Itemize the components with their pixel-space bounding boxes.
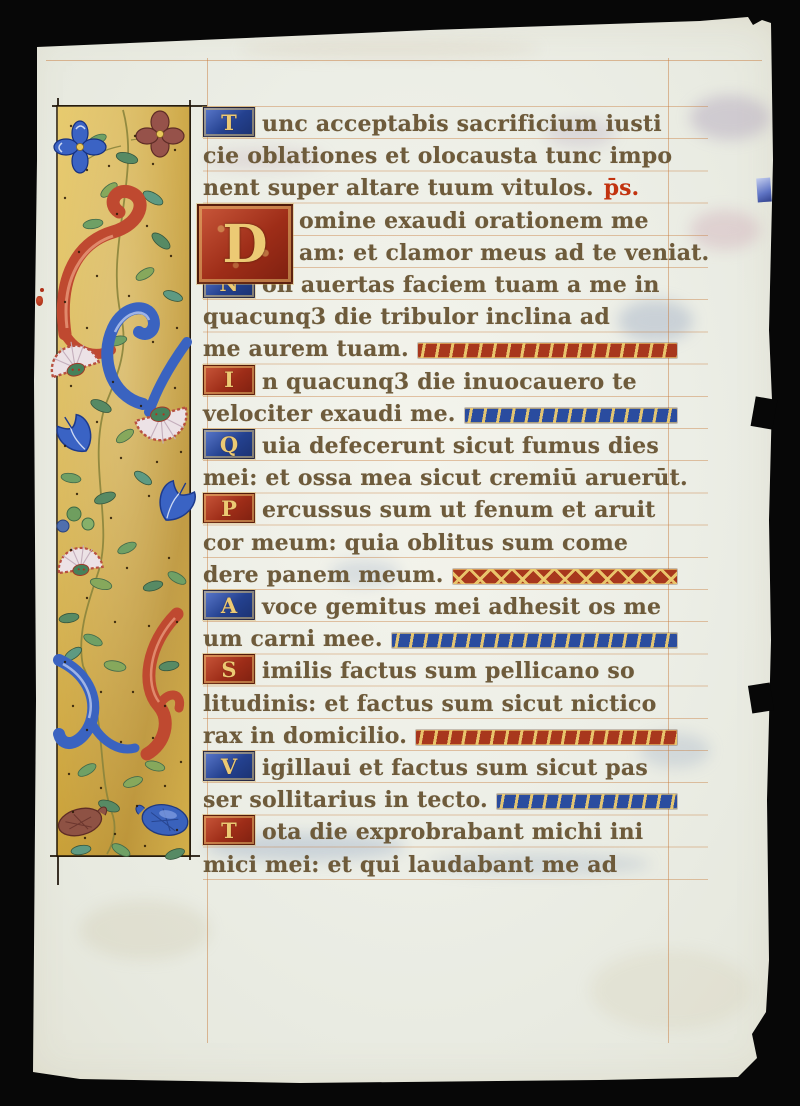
text-line: A voce gemitus mei adhesit os me [203, 589, 677, 621]
red-paint-drop [36, 296, 43, 306]
illuminated-initial: V [203, 751, 255, 781]
text-line: quacunq3 die tribulor inclina ad [203, 299, 677, 331]
line-filler [418, 343, 677, 358]
line-text: um carni mee. [203, 628, 383, 650]
line-text: omine exaudi orationem me [299, 210, 649, 232]
line-text: imilis factus sum pellicano so [262, 660, 635, 682]
text-line: me aurem tuam. [203, 331, 677, 363]
line-text: dere panem meum. [203, 564, 444, 586]
line-filler [465, 408, 677, 423]
illuminated-border-panel [57, 106, 190, 856]
line-text: on auertas faciem tuam a me in [262, 274, 660, 296]
line-filler [497, 794, 677, 809]
line-text: unc acceptabis sacrificium iusti [262, 113, 662, 135]
line-text: me aurem tuam. [203, 338, 409, 360]
line-text: mici mei: et qui laudabant me ad [203, 854, 617, 876]
line-text: litudinis: et factus sum sicut nictico [203, 693, 656, 715]
ruling-top-line [46, 60, 762, 61]
text-line: P ercussus sum ut fenum et aruit [203, 492, 677, 524]
parchment-stain [590, 950, 750, 1030]
line-text: n quacunq3 die inuocauero te [262, 371, 637, 393]
parchment-leaf: T unc acceptabis sacrificium iusti cie o… [0, 0, 800, 1106]
text-line: T unc acceptabis sacrificium iusti [203, 106, 677, 138]
illuminated-initial: T [203, 107, 255, 137]
illuminated-initial: Q [203, 429, 255, 459]
illuminated-initial: T [203, 815, 255, 845]
line-text: voce gemitus mei adhesit os me [262, 596, 661, 618]
text-line: cie oblationes et olocausta tunc impo [203, 138, 677, 170]
text-line: mici mei: et qui laudabant me ad [203, 847, 677, 879]
line-filler [453, 569, 677, 584]
text-line: dere panem meum. [203, 557, 677, 589]
text-line: V igillaui et factus sum sicut pas [203, 750, 677, 782]
illuminated-initial: I [203, 365, 255, 395]
line-text: igillaui et factus sum sicut pas [262, 757, 648, 779]
line-text: nent super altare tuum vitulos. [203, 177, 594, 199]
text-line: um carni mee. [203, 621, 677, 653]
text-line: nent super altare tuum vitulos. p̄s. [203, 170, 677, 202]
text-line: ser sollitarius in tecto. [203, 782, 677, 814]
text-line: T ota die exprobrabant michi ini [203, 814, 677, 846]
illuminated-initial: P [203, 493, 255, 523]
line-filler [416, 730, 677, 745]
line-text: rax in domicilio. [203, 725, 407, 747]
border-art [57, 106, 190, 856]
binding-tab [756, 178, 772, 203]
line-text: velociter exaudi me. [203, 403, 456, 425]
text-line: rax in domicilio. [203, 718, 677, 750]
parchment-stain [240, 40, 540, 58]
illuminated-initial: A [203, 590, 255, 620]
line-text: ota die exprobrabant michi ini [262, 821, 643, 843]
parchment-stain [80, 900, 210, 960]
line-text: uia defecerunt sicut fumus dies [262, 435, 659, 457]
text-line: Q uia defecerunt sicut fumus dies [203, 428, 677, 460]
line-filler [392, 633, 677, 648]
line-text: mei: et ossa mea sicut cremiū aruerūt. [203, 467, 688, 489]
text-line: S imilis factus sum pellicano so [203, 653, 677, 685]
line-text: ercussus sum ut fenum et aruit [262, 499, 656, 521]
line-text: am: et clamor meus ad te veniat. [299, 242, 709, 264]
line-text: cor meum: quia oblitus sum come [203, 532, 628, 554]
text-line: I n quacunq3 die inuocauero te [203, 364, 677, 396]
line-text: ser sollitarius in tecto. [203, 789, 488, 811]
manuscript-photo: T unc acceptabis sacrificium iusti cie o… [0, 0, 800, 1106]
red-paint-drop [40, 288, 44, 292]
text-line: velociter exaudi me. [203, 396, 677, 428]
text-line: mei: et ossa mea sicut cremiū aruerūt. [203, 460, 677, 492]
line-text: cie oblationes et olocausta tunc impo [203, 145, 672, 167]
page-edge-notch [751, 396, 778, 429]
illuminated-initial: S [203, 654, 255, 684]
text-line: cor meum: quia oblitus sum come [203, 525, 677, 557]
line-text: quacunq3 die tribulor inclina ad [203, 306, 610, 328]
psalm-abbreviation: p̄s. [604, 177, 639, 199]
text-line: litudinis: et factus sum sicut nictico [203, 686, 677, 718]
drop-cap-initial: D [197, 204, 293, 284]
page-edge-notch [748, 682, 774, 713]
